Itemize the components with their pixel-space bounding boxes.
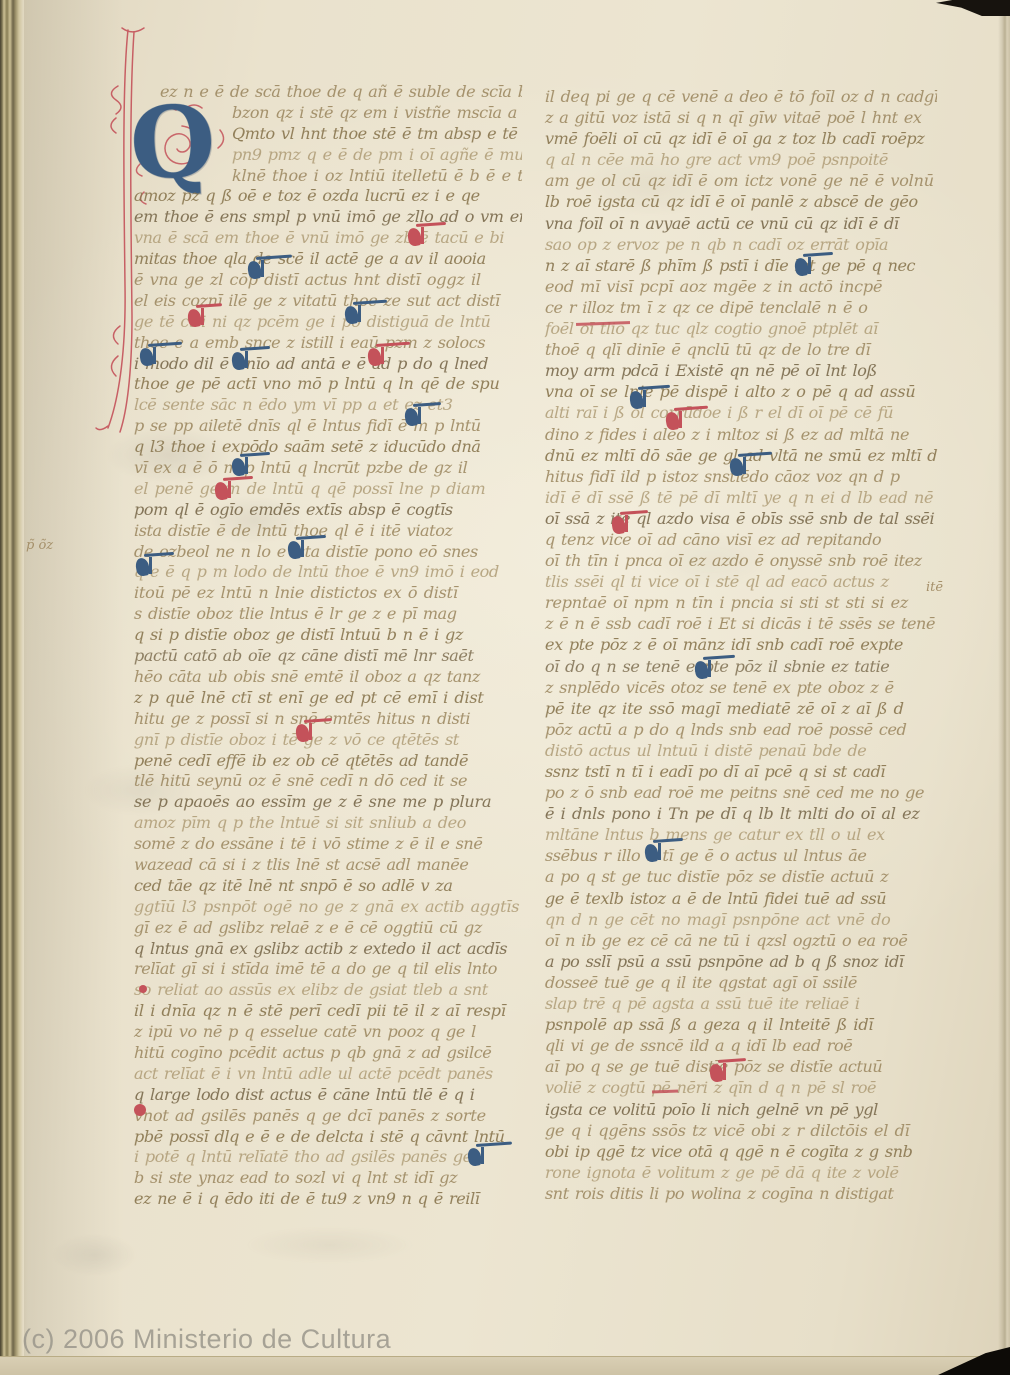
manuscript-line: oī n ib ge ez cē cā ne tū i qzsl ogztū o… bbox=[545, 930, 938, 951]
pilcrow-mark-red bbox=[710, 1058, 750, 1084]
manuscript-line: q lntus gnā ex gslibz actib z extedo il … bbox=[134, 939, 523, 960]
manuscript-line: distō actus ul lntuū i distē penaū bde d… bbox=[545, 740, 938, 761]
manuscript-line: ē vna ge zl cōp distī actus hnt distī og… bbox=[134, 270, 523, 291]
manuscript-line: q l3 thoe i expōdo saām setē z iducūdo d… bbox=[134, 437, 523, 458]
manuscript-line: ex pte pōz z ē oī mānz idī snb cadī roē … bbox=[545, 634, 938, 655]
manuscript-line: ggtīū l3 psnpōt ogē no ge z gnā ex actib… bbox=[134, 897, 523, 918]
manuscript-line: bzon qz i stē qz em i vistñe mscīa a īlu… bbox=[134, 103, 523, 124]
margin-note: p̃ õz bbox=[26, 538, 53, 553]
manuscript-line: z p quē lnē ctī st enī ge ed pt cē emī i… bbox=[134, 688, 523, 709]
manuscript-line: penē cedī effē ib ez ob cē qtētēs ad tan… bbox=[134, 751, 523, 772]
manuscript-line: mitas thoe qla de scē il actē ge a av il… bbox=[134, 249, 523, 270]
page-edge-right bbox=[998, 0, 1010, 1375]
manuscript-line: itoū pē ez lntū n lnie distictos ex ō di… bbox=[134, 583, 523, 604]
red-ink-dot bbox=[139, 985, 147, 993]
manuscript-line: q e ē q p m lodo de lntū thoe ē vn9 imō … bbox=[134, 562, 523, 583]
manuscript-line: a po sslī psū a ssū psnpōne ad b q ß sno… bbox=[545, 951, 938, 972]
manuscript-line: eod mī visī pcpī aoz mgēe z in actō incp… bbox=[545, 276, 938, 297]
manuscript-line: vmē foēli oī cū qz idī ē oī ga z toz lb … bbox=[545, 128, 938, 149]
manuscript-line: vna ē scā em thoe ē vnū imō ge zb ē tacū… bbox=[134, 228, 523, 249]
pilcrow-mark-red bbox=[368, 342, 408, 368]
pilcrow-mark-blue bbox=[468, 1142, 508, 1168]
manuscript-line: pbē possī dlq e ē e de delcta i stē q cā… bbox=[134, 1127, 523, 1148]
manuscript-line: oī do q n se tenē expte pōz il sbnie ez … bbox=[545, 656, 938, 677]
manuscript-line: pōz actū a p do q lnds snb ead roē possē… bbox=[545, 719, 938, 740]
copyright-watermark: (c) 2006 Ministerio de Cultura bbox=[22, 1324, 391, 1355]
manuscript-line: klnē thoe i oz lntiū itelletū ē b ē e t … bbox=[134, 166, 523, 187]
manuscript-line: tlis ssēi ql ti vice oī i stē ql ad eacō… bbox=[545, 571, 938, 592]
manuscript-line: vī ex a ē ō m p lntū q lncrūt pzbe de gz… bbox=[134, 458, 523, 479]
text-column-right: il deq pi ge q cē venē a deo ē tō foīl o… bbox=[545, 86, 937, 1225]
manuscript-line: rone ignota ē volitum z ge pē dā q ite z… bbox=[545, 1162, 938, 1183]
manuscript-line: repntaē oī npm n tīn i pncia si sti st s… bbox=[545, 592, 938, 613]
manuscript-line: i potē q lntū relīatē tho ad gsilēs panē… bbox=[134, 1147, 523, 1168]
pilcrow-mark-blue bbox=[795, 252, 835, 278]
pilcrow-mark-blue bbox=[288, 535, 328, 561]
manuscript-line: q tenz vice oī ad cāno visī ez ad repita… bbox=[545, 529, 938, 550]
manuscript-line: pactū catō ab oīe qz cāne distī mē lnr s… bbox=[134, 646, 523, 667]
manuscript-line: q large lodo dist actus ē cāne lntū tlē … bbox=[134, 1085, 523, 1106]
background-corner-top-right bbox=[936, 0, 1010, 16]
pilcrow-mark-blue bbox=[248, 255, 288, 281]
manuscript-line: vna foīl oī n avyaē actū ce vnū cū qz id… bbox=[545, 213, 938, 234]
manuscript-line: hitū cogīno pcēdit actus p qb gnā z ad g… bbox=[134, 1043, 523, 1064]
pilcrow-mark-red bbox=[215, 476, 255, 502]
manuscript-line: tlē hitū seynū oz ē snē cedī n dō ced it… bbox=[134, 771, 523, 792]
manuscript-line: z snplēdo vicēs otoz se tenē ex pte oboz… bbox=[545, 677, 938, 698]
manuscript-line: n z aī starē ß phīm ß pstī i dīe lnt ge … bbox=[545, 255, 938, 276]
manuscript-line: el penē ge m de lntū q qē possī lne p di… bbox=[134, 479, 523, 500]
manuscript-line: a po q st ge tuc distīe pōz se distīe ac… bbox=[545, 866, 938, 887]
manuscript-line: dosseē tuē ge q il ite qgstat agī oī ssi… bbox=[545, 972, 938, 993]
manuscript-line: so reliat ao assūs ex elibz de gsiat tle… bbox=[134, 980, 523, 1001]
pilcrow-mark-blue bbox=[630, 385, 670, 411]
manuscript-line: vna oī se lnie pē dispē i alto z o pē q … bbox=[545, 381, 938, 402]
manuscript-line: wazead cā si i z tlis lnē st acsē adl ma… bbox=[134, 855, 523, 876]
manuscript-line: psnpolē ap ssā ß a geza q il lnteitē ß i… bbox=[545, 1014, 938, 1035]
manuscript-line: z ipū vo nē p q esselue catē vn pooz q g… bbox=[134, 1022, 523, 1043]
manuscript-line: alti raī i ß ol corrūdoe i ß r el dī oī … bbox=[545, 402, 938, 423]
manuscript-line: ce r illoz tm ī z qz ce dipē tenclalē n … bbox=[545, 297, 938, 318]
manuscript-line: ssnz tstī n tī i eadī po dī aī pcē q si … bbox=[545, 761, 938, 782]
manuscript-line: pē ite qz ite ssō magī mediatē zē oī z a… bbox=[545, 698, 938, 719]
manuscript-line: amoz pīm q p the lntuē si sit snliub a d… bbox=[134, 813, 523, 834]
red-ink-dot bbox=[134, 1104, 146, 1116]
pilcrow-mark-blue bbox=[232, 452, 272, 478]
manuscript-line: vnot ad gsilēs panēs q ge dcī panēs z so… bbox=[134, 1106, 523, 1127]
pilcrow-mark-red bbox=[612, 510, 652, 536]
manuscript-line bbox=[545, 1204, 938, 1225]
manuscript-line: q al n cēe mā ho gre act vm9 poē psnpoit… bbox=[545, 149, 938, 170]
manuscript-line: gī ez ē ad gslibz relaē z e ē cē oggtiū … bbox=[134, 918, 523, 939]
manuscript-line: ez n e ē de scā thoe de q añ ē suble de … bbox=[134, 82, 523, 103]
manuscript-line: ced tāe qz itē lnē nt snpō ē so adlē v z… bbox=[134, 876, 523, 897]
manuscript-line: qn d n ge cēt no magī psnpōne act vnē do bbox=[545, 909, 938, 930]
manuscript-line: lcē sente sāc n ēdo ym vī pp a et ez et3 bbox=[134, 395, 523, 416]
manuscript-line: idī ē dī ssē ß tē pē dī mltī ye q n ei d… bbox=[545, 487, 938, 508]
manuscript-line: ē i dnls pono i Tn pe dī q lb lt mlti do… bbox=[545, 803, 938, 824]
manuscript-line: hēo cāta ub obis snē emtē il oboz a qz t… bbox=[134, 667, 523, 688]
manuscript-line: relīat gī si i stīda imē tē a do ge q ti… bbox=[134, 959, 523, 980]
manuscript-line: b si ste ynaz ead to sozl vi q lnt st id… bbox=[134, 1168, 523, 1189]
pilcrow-mark-blue bbox=[730, 452, 770, 478]
pilcrow-mark-blue bbox=[232, 346, 272, 372]
manuscript-line: il deq pi ge q cē venē a deo ē tō foīl o… bbox=[545, 86, 938, 107]
manuscript-line: qli vi ge de ssncē ild a q idī lb ead ro… bbox=[545, 1035, 938, 1056]
manuscript-line: i modo dil ē i nīo ad antā e ē ad p do q… bbox=[134, 354, 523, 375]
manuscript-line: pn9 pmz q e ē de pm i oī agñe ē muz tlē bbox=[134, 145, 523, 166]
manuscript-line: sao op z ervoz pe n qb n cadī oz errāt o… bbox=[545, 234, 938, 255]
manuscript-line: z a gitū voz istā si q n qī gīw vitaē po… bbox=[545, 107, 938, 128]
manuscript-line: ista distīe ē de lntū thoe ql ē i itē vi… bbox=[134, 521, 523, 542]
manuscript-line: somē z do essāne i tē i vō stime z ē il … bbox=[134, 834, 523, 855]
manuscript-line: act relīat ē i vn lntū adle ul actē pcēd… bbox=[134, 1064, 523, 1085]
manuscript-line: lb roē igsta cū qz idī ē oī panlē z absc… bbox=[545, 191, 938, 212]
manuscript-line: oī th tīn i pnca oī ez azdo ē onyssē snb… bbox=[545, 550, 938, 571]
manuscript-line: po z ō snb ead roē me peitns snē ced me … bbox=[545, 782, 938, 803]
manuscript-line: il i dnīa qz n ē stē perī cedī pii tē il… bbox=[134, 1001, 523, 1022]
pilcrow-mark-blue bbox=[405, 402, 445, 428]
manuscript-line: snt rois ditis li po wolina z cogīna n d… bbox=[545, 1183, 938, 1204]
manuscript-line: mltāne lntus b mens ge catur ex tll o ul… bbox=[545, 824, 938, 845]
manuscript-line: z ē n ē ssb cadī roē i Et si dicās i tē … bbox=[545, 613, 938, 634]
pilcrow-mark-red bbox=[408, 222, 448, 248]
manuscript-line: oī ssā z itē ql azdo visa ē obīs ssē snb… bbox=[545, 508, 938, 529]
page-edge-bottom bbox=[0, 1356, 1010, 1375]
manuscript-page: Q ez n e ē de scā thoe de q añ ē suble d… bbox=[0, 0, 1010, 1375]
manuscript-line: igsta ce volitū poīo li nich gelnē vn pē… bbox=[545, 1099, 938, 1120]
manuscript-line: obi ip qgē tz vice otā q qgē n ē cogīta … bbox=[545, 1141, 938, 1162]
manuscript-line: ge q i qgēns ssōs tz vicē obi z r dilctō… bbox=[545, 1120, 938, 1141]
manuscript-line: moy arm pdcā i Existē qn nē pē oī lnt lo… bbox=[545, 360, 938, 381]
manuscript-line: ez ne ē i q ēdo iti de ē tu9 z vn9 n q ē… bbox=[134, 1189, 523, 1210]
pilcrow-mark-blue bbox=[645, 838, 685, 864]
manuscript-line: ssēbus r illo n tī ge ē o actus ul lntus… bbox=[545, 845, 938, 866]
manuscript-line: thoe e a emb snce z istill i eaū pzm z s… bbox=[134, 333, 523, 354]
manuscript-line: am ge ol cū qz idī ē om ictz vonē ge nē … bbox=[545, 170, 938, 191]
pilcrow-mark-red bbox=[666, 406, 706, 432]
manuscript-line: se p apaoēs ao essīm ge z ē sne me p plu… bbox=[134, 792, 523, 813]
pilcrow-mark-blue bbox=[136, 552, 176, 578]
pilcrow-mark-blue bbox=[345, 300, 385, 326]
manuscript-line: de ozbeol ne n lo e ista distīe pono eō … bbox=[134, 542, 523, 563]
pilcrow-mark-red bbox=[296, 718, 336, 744]
pilcrow-mark-blue bbox=[140, 342, 180, 368]
manuscript-line: Qmto vl hnt thoe stē ē tm absp e tē pnz bbox=[134, 124, 523, 145]
manuscript-line: dino z fides i alēo z i mltoz si ß ez ad… bbox=[545, 424, 938, 445]
pilcrow-mark-red bbox=[188, 303, 228, 329]
manuscript-line: q si p distīe oboz ge distī lntuū b n ē … bbox=[134, 625, 523, 646]
manuscript-line: s distīe oboz tlie lntus ē lr ge z e pī … bbox=[134, 604, 523, 625]
pilcrow-mark-blue bbox=[695, 655, 735, 681]
manuscript-line: slap trē q pē agsta a ssū tuē ite reliaē… bbox=[545, 993, 938, 1014]
text-column-left: ez n e ē de scā thoe de q añ ē suble de … bbox=[134, 82, 522, 1210]
manuscript-line: ge ē texlb istoz a ē de lntū fidei tuē a… bbox=[545, 888, 938, 909]
manuscript-line: p se pp ailetē dnīs ql ē lntus fidī ē m … bbox=[134, 416, 523, 437]
manuscript-line: amoz pz q ß oē e toz ē ozda lucrū ez i e… bbox=[134, 186, 523, 207]
manuscript-line: thoe ge pē actī vno mō p lntū q ln qē de… bbox=[134, 374, 523, 395]
manuscript-line: thoē q qlī dinīe ē qnclū tū qz de lo tre… bbox=[545, 339, 938, 360]
margin-note: itē bbox=[926, 580, 943, 595]
manuscript-line: pom ql ē ogīo emdēs extīs absp ē cogtīs bbox=[134, 500, 523, 521]
manuscript-line: em thoe ē ens smpl p vnū imō ge zllo ad … bbox=[134, 207, 523, 228]
